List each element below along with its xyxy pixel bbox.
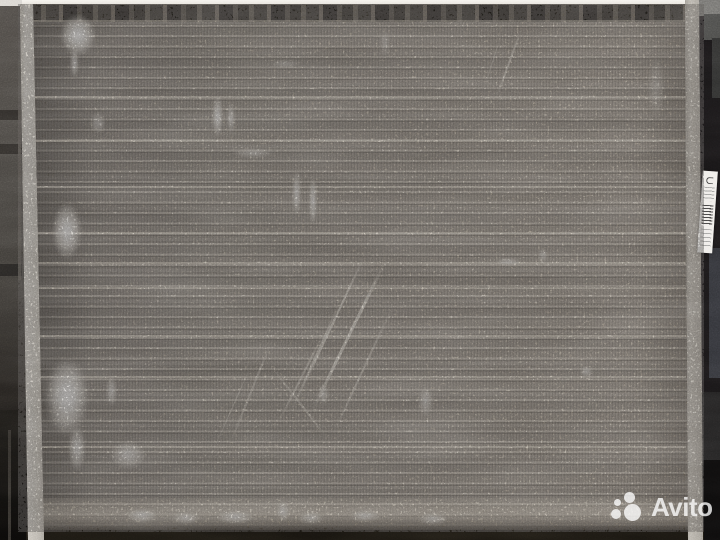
radiator-top-fin-edge	[30, 5, 692, 22]
bottom-deposit	[172, 512, 200, 524]
paint-smudge	[380, 30, 390, 56]
paint-smudge	[292, 170, 301, 216]
plastic-edge-line	[8, 430, 11, 540]
sticker-mark-icon	[706, 177, 713, 184]
paint-smudge	[227, 102, 235, 134]
tube-highlight	[34, 186, 686, 188]
radiator-photo: Avito	[0, 0, 720, 540]
bottom-deposit	[298, 512, 324, 524]
tube-highlight	[34, 335, 686, 337]
paint-smudge	[60, 14, 96, 56]
paint-smudge	[495, 258, 521, 265]
paint-smudge	[418, 386, 433, 416]
sticker-barcode	[701, 205, 713, 226]
paint-smudge	[538, 248, 548, 263]
plastic-highlight-strip	[709, 248, 720, 378]
plastic-highlight	[702, 392, 720, 462]
paint-smudge	[70, 48, 79, 78]
paint-smudge	[580, 366, 593, 377]
paint-smudge	[270, 60, 300, 68]
tube-highlight	[34, 287, 686, 289]
paint-smudge	[110, 441, 146, 469]
plastic-highlight	[712, 38, 720, 98]
paint-smudge	[68, 425, 86, 471]
tube-highlight	[34, 140, 686, 142]
avito-watermark-text: Avito	[651, 492, 713, 523]
bottom-deposit	[126, 508, 158, 523]
sticker-text-rows	[700, 229, 712, 248]
bottom-deposit	[350, 510, 380, 522]
tube-highlight	[34, 232, 686, 234]
paint-smudge	[52, 202, 82, 260]
paint-smudge	[647, 55, 665, 120]
paint-smudge	[232, 148, 274, 158]
paint-smudge	[212, 95, 223, 137]
plastic-highlight	[704, 14, 720, 40]
paint-smudge	[90, 112, 106, 134]
plastic-rib-vertical	[18, 60, 21, 280]
sticker-text-rows	[703, 187, 715, 202]
paint-smudge	[309, 176, 317, 226]
bottom-deposit	[216, 510, 254, 524]
bottom-deposit	[276, 500, 290, 522]
tube-highlight	[34, 96, 686, 98]
paint-smudge	[106, 376, 117, 406]
paint-smudge	[45, 358, 89, 436]
avito-watermark: Avito	[611, 492, 713, 523]
avito-logo-icon	[611, 492, 645, 523]
bottom-deposit	[418, 513, 448, 525]
bottom-shadow	[26, 530, 704, 540]
